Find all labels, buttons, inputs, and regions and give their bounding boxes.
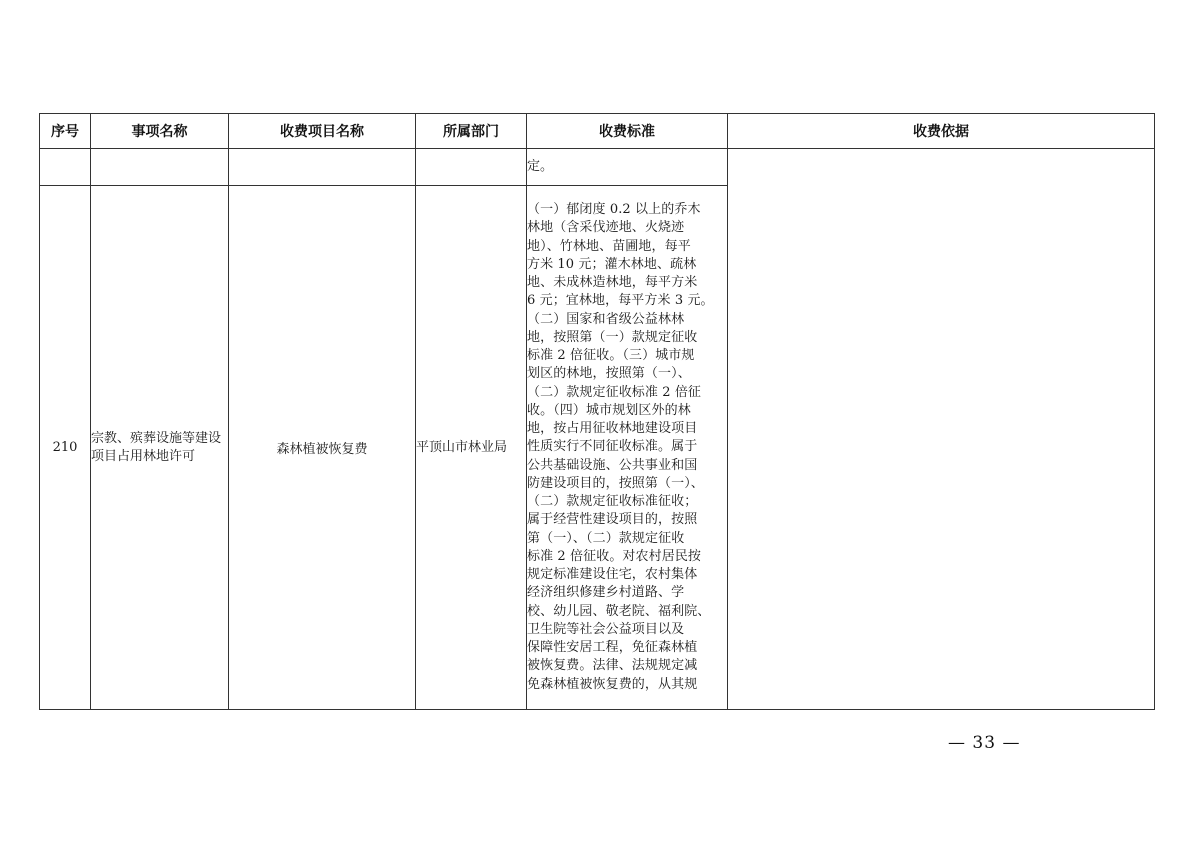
cell-serial-number: 210 <box>40 186 91 710</box>
fee-table: 序号 事项名称 收费项目名称 所属部门 收费标准 收费依据 定。 210 宗教、… <box>39 113 1155 710</box>
standard-line: （一）郁闭度 0.2 以上的乔木 <box>527 201 727 219</box>
standard-line: 标准 2 倍征收。对农村居民按 <box>527 548 727 566</box>
standard-line: 地、未成林造林地，每平方米 <box>527 274 727 292</box>
header-fee-standard: 收费标准 <box>527 114 728 149</box>
standard-line: 划区的林地，按照第（一）、 <box>527 365 727 383</box>
cell-department <box>416 149 527 186</box>
standard-line: 6 元；宜林地，每平方米 3 元。 <box>527 292 727 310</box>
standard-line: 林地（含采伐迹地、火烧迹 <box>527 219 727 237</box>
standard-line: 收。（四）城市规划区外的林 <box>527 402 727 420</box>
header-fee-item-name: 收费项目名称 <box>229 114 416 149</box>
standard-line: （二）款规定征收标准 2 倍征 <box>527 384 727 402</box>
standard-line: 被恢复费。法律、法规规定减 <box>527 657 727 675</box>
cell-item-name <box>91 149 229 186</box>
standard-line: 免森林植被恢复费的，从其规 <box>527 676 727 694</box>
standard-line: 校、幼儿园、敬老院、福利院、 <box>527 603 727 621</box>
standard-line: 性质实行不同征收标准。属于 <box>527 438 727 456</box>
standard-line: 经济组织修建乡村道路、学 <box>527 584 727 602</box>
standard-line: 卫生院等社会公益项目以及 <box>527 621 727 639</box>
header-fee-basis: 收费依据 <box>728 114 1155 149</box>
standard-line: 公共基础设施、公共事业和国 <box>527 457 727 475</box>
cell-item-name: 宗教、殡葬设施等建设项目占用林地许可 <box>91 186 229 710</box>
standard-line: 地，按照第（一）款规定征收 <box>527 329 727 347</box>
standard-line: （二）款规定征收标准征收； <box>527 493 727 511</box>
standard-line: （二）国家和省级公益林林 <box>527 311 727 329</box>
table-row-continued: 定。 <box>40 149 1155 186</box>
standard-line: 属于经营性建设项目的，按照 <box>527 511 727 529</box>
document-page: 序号 事项名称 收费项目名称 所属部门 收费标准 收费依据 定。 210 宗教、… <box>0 0 1200 848</box>
cell-fee-item-name: 森林植被恢复费 <box>229 186 416 710</box>
cell-department: 平顶山市林业局 <box>416 186 527 710</box>
standard-line: 防建设项目的，按照第（一）、 <box>527 475 727 493</box>
standard-line: 地，按占用征收林地建设项目 <box>527 420 727 438</box>
table-header-row: 序号 事项名称 收费项目名称 所属部门 收费标准 收费依据 <box>40 114 1155 149</box>
page-number: — 33 — <box>948 733 1020 753</box>
cell-serial-number <box>40 149 91 186</box>
cell-fee-basis <box>728 149 1155 710</box>
standard-line: 第（一）、（二）款规定征收 <box>527 530 727 548</box>
standard-line: 方米 10 元；灌木林地、疏林 <box>527 256 727 274</box>
standard-line: 标准 2 倍征收。（三）城市规 <box>527 347 727 365</box>
standard-line: 地）、竹林地、苗圃地，每平 <box>527 238 727 256</box>
standard-line: 规定标准建设住宅，农村集体 <box>527 566 727 584</box>
header-item-name: 事项名称 <box>91 114 229 149</box>
cell-fee-standard: （一）郁闭度 0.2 以上的乔木 林地（含采伐迹地、火烧迹 地）、竹林地、苗圃地… <box>527 186 728 710</box>
header-serial-number: 序号 <box>40 114 91 149</box>
standard-line: 保障性安居工程，免征森林植 <box>527 639 727 657</box>
header-department: 所属部门 <box>416 114 527 149</box>
cell-fee-standard: 定。 <box>527 149 728 186</box>
cell-fee-item-name <box>229 149 416 186</box>
